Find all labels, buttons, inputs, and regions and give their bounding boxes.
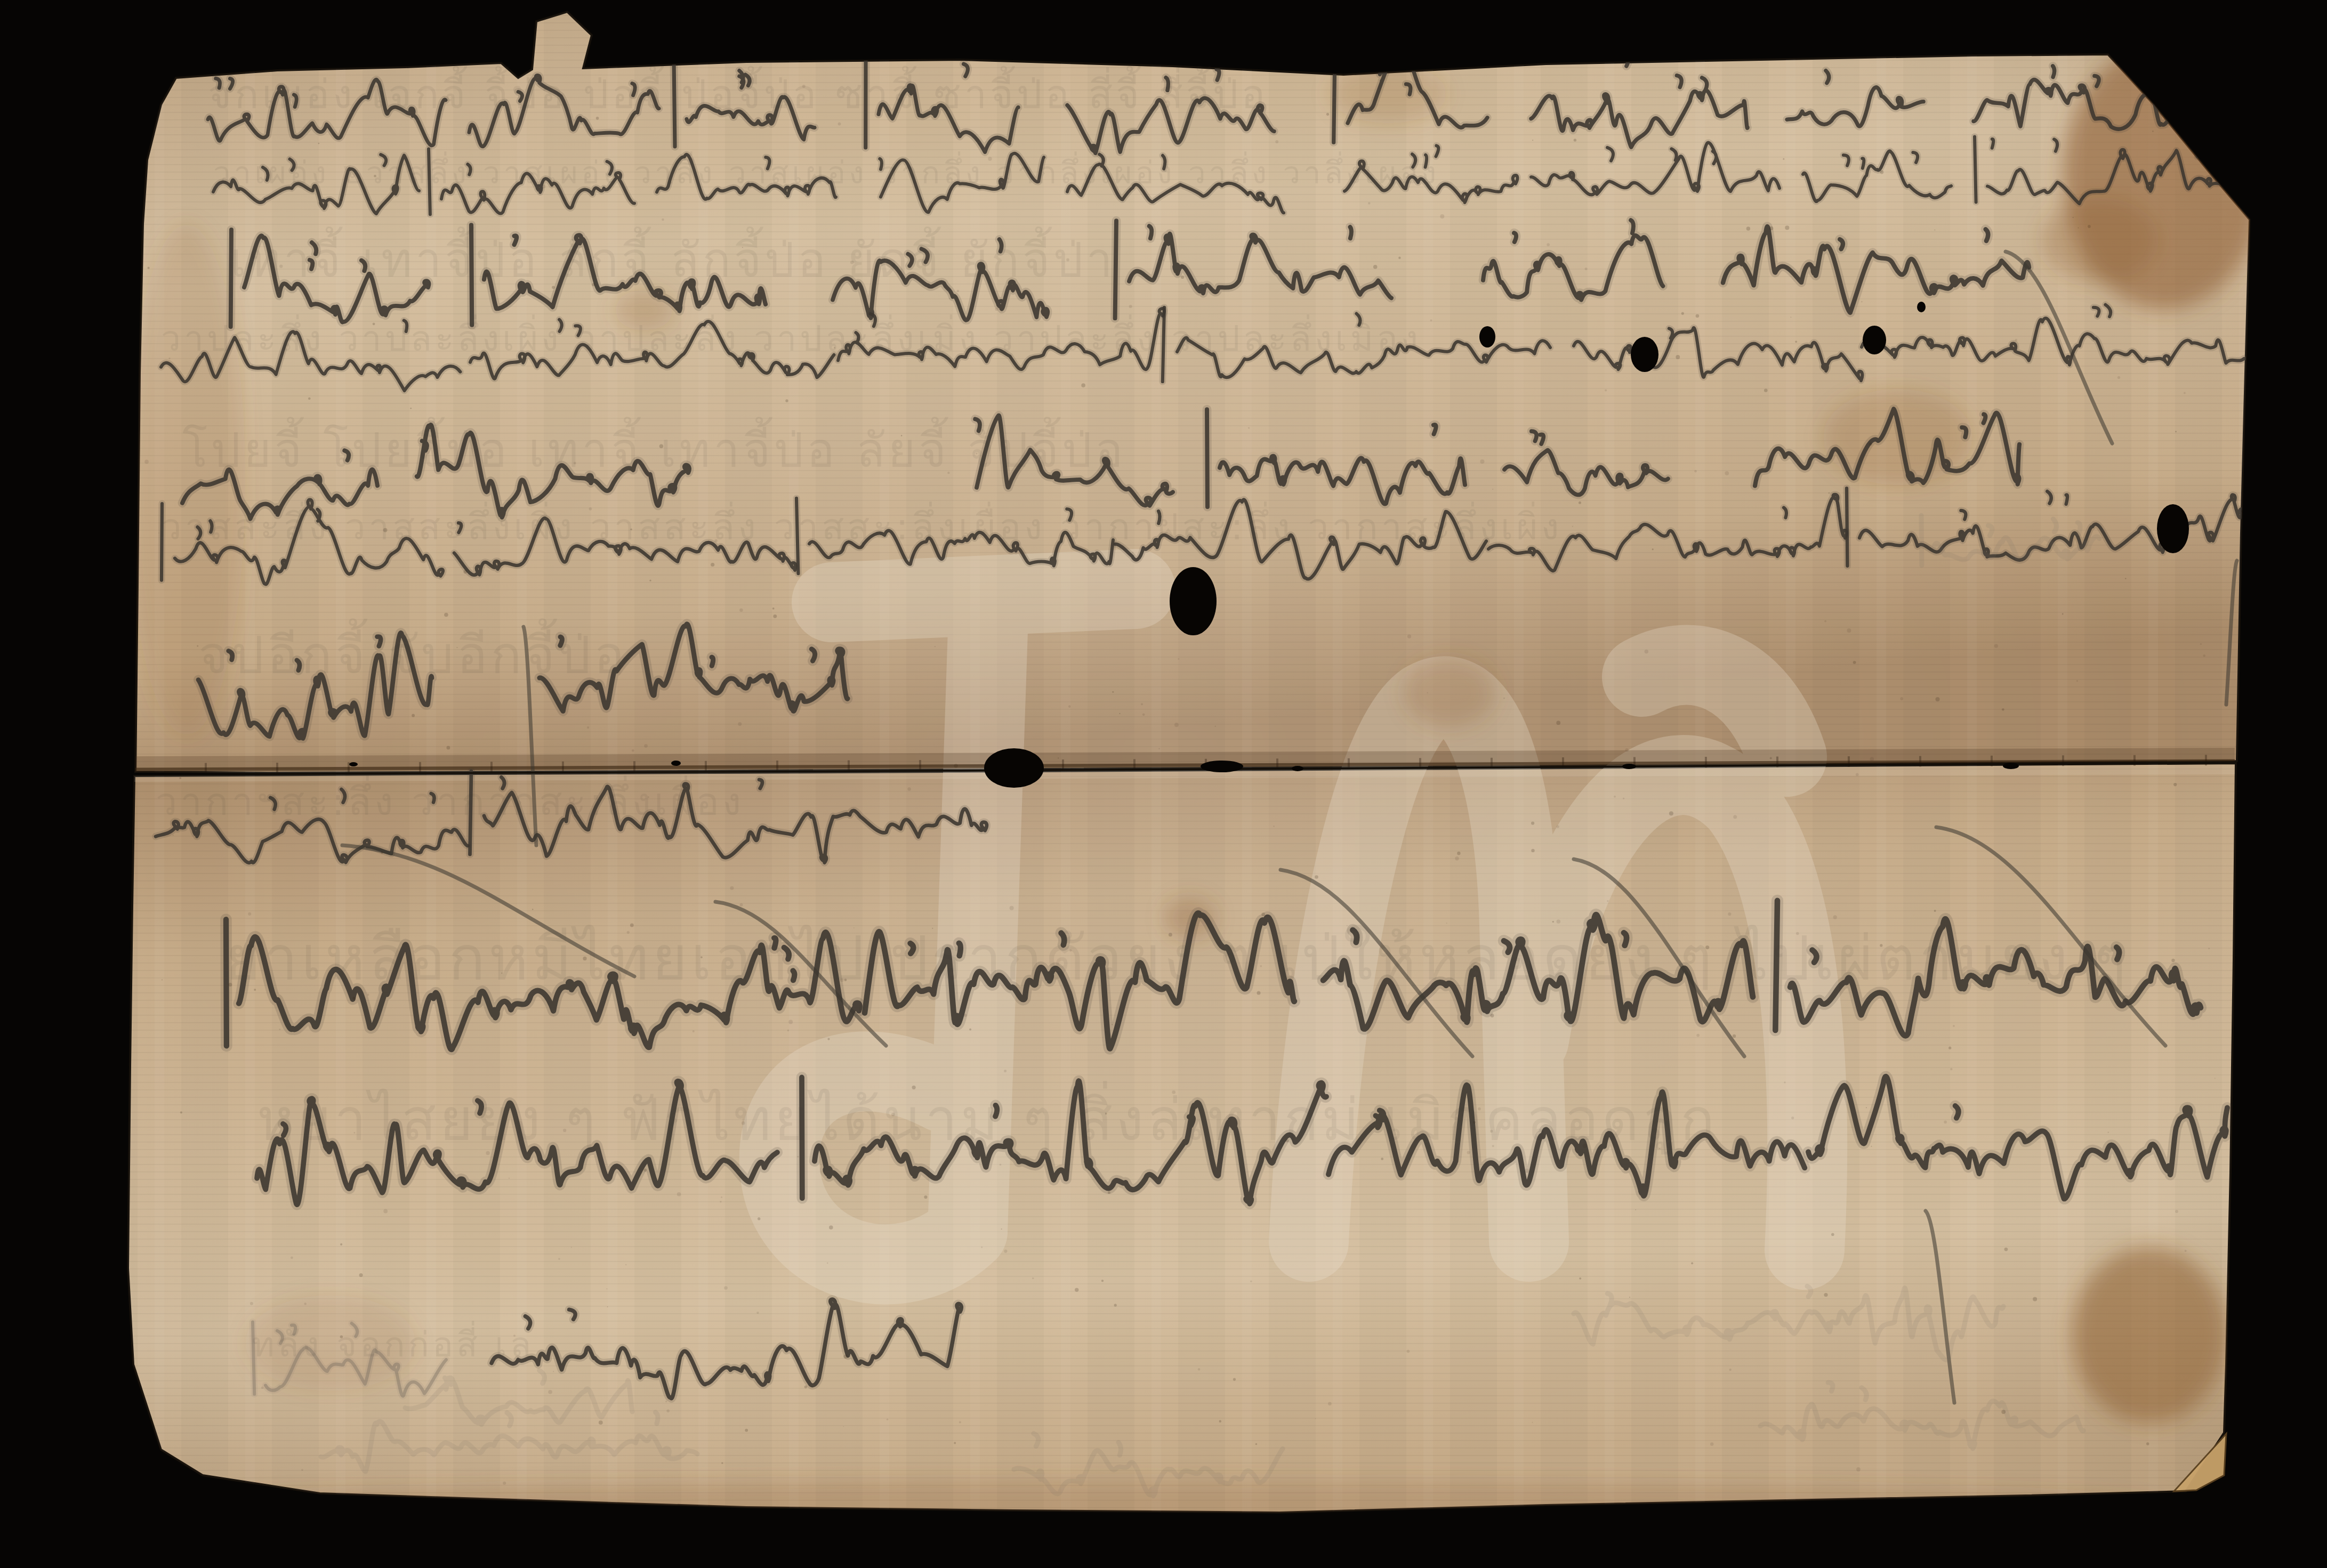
worm-hole (2157, 504, 2189, 553)
stain (2072, 1247, 2227, 1423)
worm-hole (349, 762, 358, 766)
worm-hole (1863, 326, 1886, 354)
paper-texture (0, 0, 2327, 1568)
worm-hole (1479, 326, 1495, 347)
worm-hole (671, 761, 681, 766)
worm-hole (1917, 302, 1926, 312)
stain (2042, 197, 2159, 282)
stain (245, 1295, 416, 1391)
worm-hole (1292, 766, 1303, 771)
worm-hole (1622, 764, 1636, 769)
worm-hole (2003, 763, 2019, 769)
worm-hole (1201, 761, 1243, 772)
worm-hole (1631, 337, 1658, 372)
manuscript-photo: จกเผอ่ง เจกจี้ จี้ป่อ ป่อจี้ ป่อจี้ป่อ ซ… (0, 0, 2327, 1568)
stain (1404, 658, 1494, 728)
manuscript-artwork (0, 0, 2327, 1568)
worm-hole (1170, 567, 1217, 635)
worm-hole (984, 748, 1044, 788)
